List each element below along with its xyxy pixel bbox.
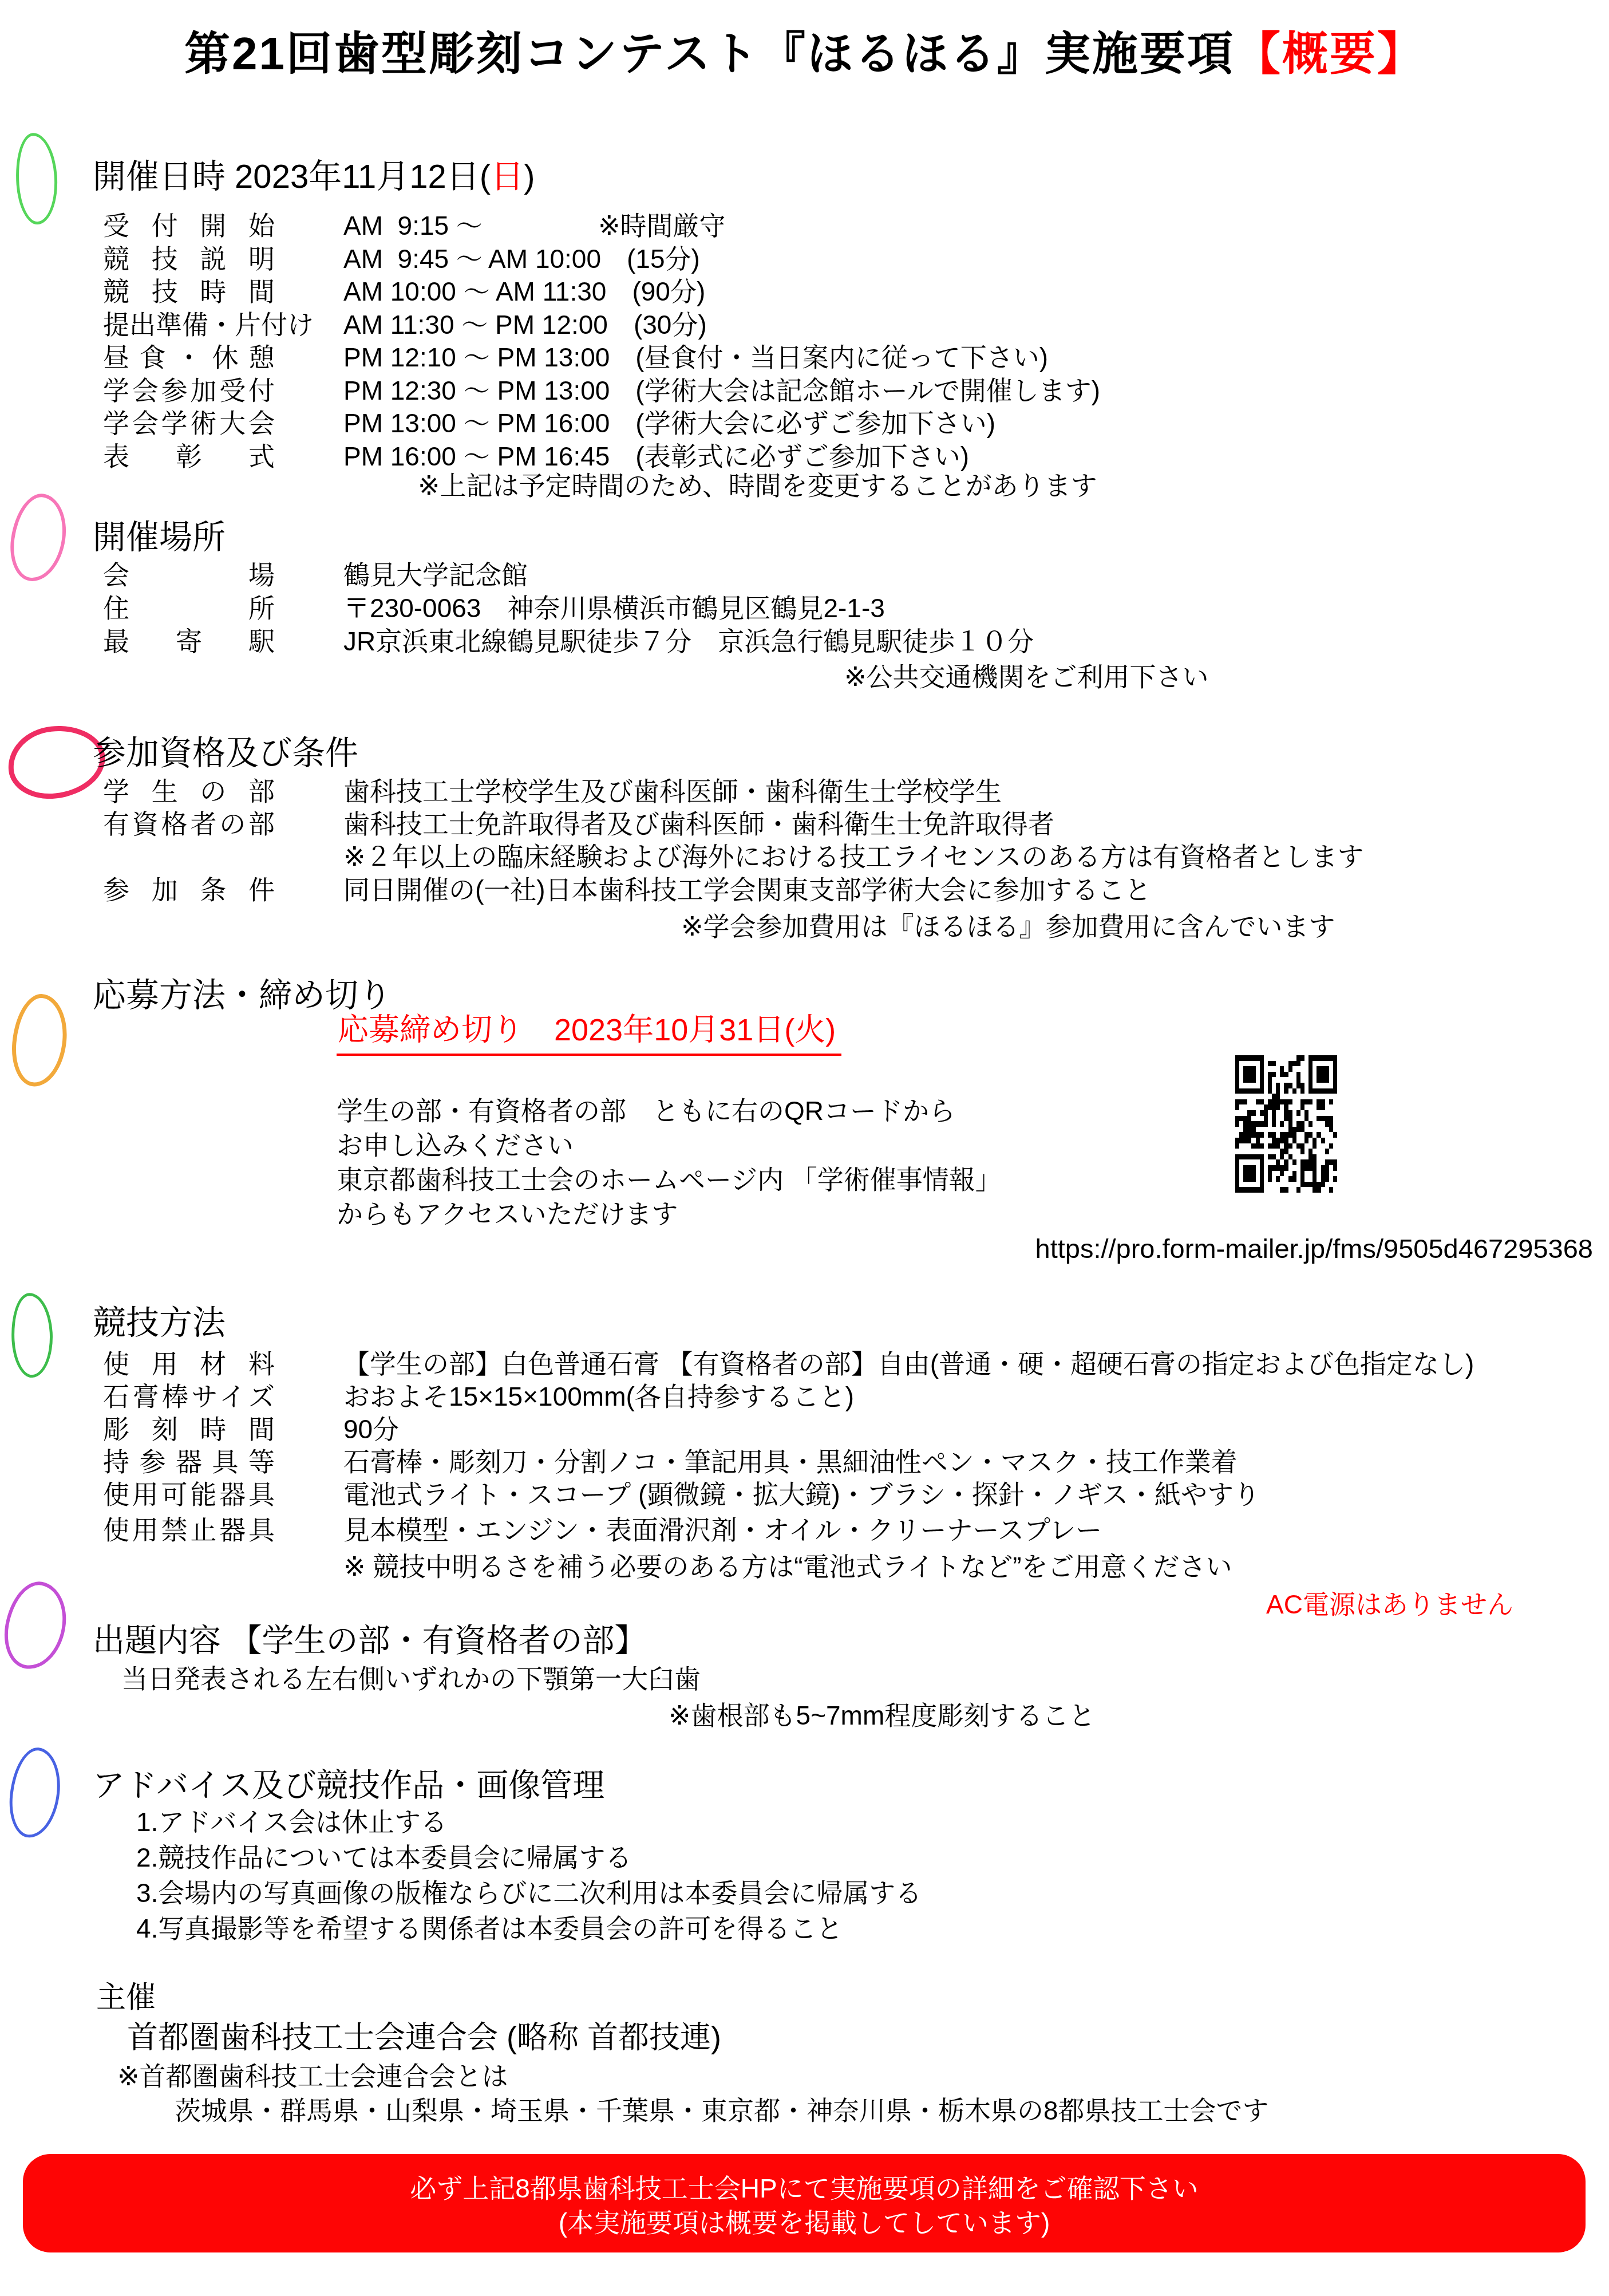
method-value: 【学生の部】白色普通石膏 【有資格者の部】自由(普通・硬・超硬石膏の指定および色… (343, 1349, 1474, 1379)
schedule-label: 提出準備・片付け (103, 310, 275, 340)
method-footnote: ※ 競技中明るさを補う必要のある方は“電池式ライトなど”をご用意ください (343, 1552, 1232, 1582)
footer-line1: 必ず上記8都県歯科技工士会HPにて実施要項の詳細をご確認下さい (23, 2171, 1586, 2206)
application-deadline: 応募締め切り 2023年10月31日(火) (337, 1012, 841, 1056)
eligibility-value: 同日開催の(一社)日本歯科技工学会関東支部学術大会に参加すること (343, 875, 1151, 905)
eligibility-label: 参加条件 (103, 875, 275, 905)
method-row: 彫刻時間90分 (103, 1414, 399, 1445)
datetime-heading-text: 開催日時 2023年11月12日( (93, 158, 491, 195)
method-value: おおよそ15×15×100mm(各自持参すること) (343, 1382, 854, 1412)
schedule-note: (30分) (634, 310, 707, 340)
schedule-label: 競技時間 (103, 277, 275, 307)
eligibility-label: 有資格者の部 (103, 809, 275, 839)
section-heading-datetime: 開催日時 2023年11月12日(日) (93, 158, 535, 196)
hand-drawn-circle-datetime (13, 132, 61, 226)
advice-item: 2.競技作品については本委員会に帰属する (136, 1843, 631, 1873)
schedule-row: 表彰式PM 16:00 ～ PM 16:45(表彰式に必ずご参加下さい) (103, 441, 969, 472)
venue-value: 〒230-0063 神奈川県横浜市鶴見区鶴見2-1-3 (343, 593, 885, 624)
schedule-note: (15分) (627, 244, 700, 274)
venue-row: 会場鶴見大学記念館 (103, 560, 528, 590)
method-row: 使用可能器具電池式ライト・スコープ (顕微鏡・拡大鏡)・ブラシ・探針・ノギス・紙… (103, 1480, 1260, 1510)
venue-label: 住所 (103, 593, 275, 624)
schedule-note: (学術大会は記念館ホールで開催します) (635, 376, 1100, 405)
section-heading-application: 応募方法・締め切り (93, 977, 392, 1015)
schedule-label: 表彰式 (103, 441, 275, 472)
application-instruction: 東京都歯科技工士会のホームページ内 「学術催事情報」 (337, 1165, 1002, 1195)
qr-code (1235, 1055, 1337, 1193)
venue-value: 鶴見大学記念館 (343, 560, 528, 590)
schedule-time: AM 9:15 ～ (343, 211, 572, 241)
schedule-time: AM 11:30 ～ PM 12:00 (343, 310, 608, 340)
schedule-label: 学会学術大会 (103, 408, 275, 439)
advice-item: 1.アドバイス会は休止する (136, 1807, 447, 1837)
hand-drawn-circle-application (9, 992, 70, 1089)
application-instruction: からもアクセスいただけます (337, 1199, 678, 1229)
schedule-footnote: ※上記は予定時間のため、時間を変更することがあります (418, 471, 1097, 501)
application-instruction: お申し込みください (337, 1130, 574, 1161)
schedule-note: ※時間厳守 (598, 211, 726, 240)
schedule-time: PM 13:00 ～ PM 16:00 (343, 408, 610, 439)
method-label: 持参器具等 (103, 1447, 275, 1477)
footer-banner: 必ず上記8都県歯科技工士会HPにて実施要項の詳細をご確認下さい (本実施要項は概… (23, 2154, 1586, 2252)
advice-item: 4.写真撮影等を希望する関係者は本委員会の許可を得ること (136, 1914, 843, 1944)
eligibility-note-license: ※２年以上の臨床経験および海外における技工ライセンスのある方は有資格者とします (343, 842, 1363, 872)
advice-item: 3.会場内の写真画像の版権ならびに二次利用は本委員会に帰属する (136, 1878, 922, 1908)
schedule-label: 昼食・休憩 (103, 342, 275, 373)
venue-row: 住所〒230-0063 神奈川県横浜市鶴見区鶴見2-1-3 (103, 593, 885, 624)
datetime-heading-close: ) (524, 158, 535, 195)
schedule-row: 学会参加受付PM 12:30 ～ PM 13:00(学術大会は記念館ホールで開催… (103, 376, 1100, 406)
organizer-note: ※首都圏歯科技工士会連合会とは (117, 2061, 508, 2092)
eligibility-value: 歯科技工士免許取得者及び歯科医師・歯科衛生士免許取得者 (343, 809, 1054, 839)
method-row: 使用材料【学生の部】白色普通石膏 【有資格者の部】自由(普通・硬・超硬石膏の指定… (103, 1349, 1474, 1379)
organizer-name: 首都圏歯科技工士会連合会 (略称 首都技連) (127, 2020, 721, 2056)
section-heading-advice: アドバイス及び競技作品・画像管理 (93, 1767, 604, 1804)
application-url: https://pro.form-mailer.jp/fms/9505d4672… (1035, 1233, 1594, 1264)
task-footnote: ※歯根部も5~7mm程度彫刻すること (669, 1701, 1095, 1731)
venue-footnote: ※公共交通機関をご利用下さい (844, 662, 1209, 692)
schedule-time: AM 10:00 ～ AM 11:30 (343, 277, 606, 307)
method-row: 石膏棒サイズおおよそ15×15×100mm(各自持参すること) (103, 1382, 854, 1412)
schedule-label: 受付開始 (103, 211, 275, 241)
section-heading-eligibility: 参加資格及び条件 (93, 735, 358, 773)
schedule-time: PM 12:30 ～ PM 13:00 (343, 376, 610, 406)
schedule-note: (学術大会に必ずご参加下さい) (635, 408, 995, 438)
title-main: 第21回歯型彫刻コンテスト『ほるほる』実施要項 (184, 28, 1235, 79)
method-label: 石膏棒サイズ (103, 1382, 275, 1412)
venue-label: 会場 (103, 560, 275, 590)
section-heading-venue: 開催場所 (93, 519, 226, 557)
organizer-heading: 主催 (96, 1981, 156, 2015)
method-label: 使用可能器具 (103, 1480, 275, 1510)
schedule-time: AM 9:45 ～ AM 10:00 (343, 244, 601, 274)
flyer-page: 第21回歯型彫刻コンテスト『ほるほる』実施要項【概要】 開催日時 2023年11… (0, 0, 1609, 2296)
schedule-row: 昼食・休憩PM 12:10 ～ PM 13:00(昼食付・当日案内に従って下さい… (103, 342, 1048, 373)
schedule-row: 競技説明AM 9:45 ～ AM 10:00(15分) (103, 244, 700, 274)
method-value: 90分 (343, 1414, 399, 1445)
schedule-row: 学会学術大会PM 13:00 ～ PM 16:00(学術大会に必ずご参加下さい) (103, 408, 995, 439)
schedule-note: (昼食付・当日案内に従って下さい) (635, 342, 1048, 372)
section-heading-method: 競技方法 (93, 1304, 226, 1343)
hand-drawn-circle-advice (6, 1745, 64, 1840)
eligibility-note-fee: ※学会参加費用は『ほるほる』参加費用に含んでいます (681, 912, 1335, 942)
hand-drawn-circle-method (9, 1292, 55, 1379)
schedule-note: (90分) (632, 277, 705, 306)
organizer-detail: 茨城県・群馬県・山梨県・埼玉県・千葉県・東京都・神奈川県・栃木県の8都県技工士会… (175, 2096, 1269, 2126)
method-label: 使用材料 (103, 1349, 275, 1379)
schedule-note: (表彰式に必ずご参加下さい) (635, 441, 969, 471)
page-title: 第21回歯型彫刻コンテスト『ほるほる』実施要項【概要】 (0, 27, 1609, 80)
eligibility-label: 学生の部 (103, 776, 275, 807)
application-instruction: 学生の部・有資格者の部 ともに右のQRコードから (337, 1096, 955, 1126)
title-highlight: 【概要】 (1235, 28, 1425, 79)
eligibility-value: 歯科技工士学校学生及び歯科医師・歯科衛生士学校学生 (343, 776, 1002, 807)
venue-label: 最寄駅 (103, 626, 275, 657)
eligibility-condition-row: 参加条件同日開催の(一社)日本歯科技工学会関東支部学術大会に参加すること (103, 875, 1151, 905)
method-label: 彫刻時間 (103, 1414, 275, 1445)
schedule-row: 競技時間AM 10:00 ～ AM 11:30(90分) (103, 277, 705, 307)
method-value: 見本模型・エンジン・表面滑沢剤・オイル・クリーナースプレー (343, 1515, 1102, 1545)
venue-row: 最寄駅JR京浜東北線鶴見駅徒歩７分 京浜急行鶴見駅徒歩１０分 (103, 626, 1034, 657)
method-label: 使用禁止器具 (103, 1515, 275, 1545)
datetime-heading-day: 日 (491, 158, 524, 195)
method-row: 使用禁止器具見本模型・エンジン・表面滑沢剤・オイル・クリーナースプレー (103, 1515, 1102, 1545)
schedule-label: 競技説明 (103, 244, 275, 274)
schedule-time: PM 12:10 ～ PM 13:00 (343, 342, 610, 373)
eligibility-row: 学生の部歯科技工士学校学生及び歯科医師・歯科衛生士学校学生 (103, 776, 1002, 807)
schedule-time: PM 16:00 ～ PM 16:45 (343, 441, 610, 472)
ac-power-note: AC電源はありません (1266, 1589, 1513, 1620)
schedule-row: 受付開始AM 9:15 ～※時間厳守 (103, 211, 726, 241)
method-value: 石膏棒・彫刻刀・分割ノコ・筆記用具・黒細油性ペン・マスク・技工作業着 (343, 1447, 1238, 1477)
schedule-row: 提出準備・片付けAM 11:30 ～ PM 12:00(30分) (103, 310, 707, 340)
method-value: 電池式ライト・スコープ (顕微鏡・拡大鏡)・ブラシ・探針・ノギス・紙やすり (343, 1480, 1260, 1510)
hand-drawn-circle-task (0, 1577, 73, 1674)
footer-line2: (本実施要項は概要を掲載してしています) (23, 2206, 1586, 2240)
method-row: 持参器具等石膏棒・彫刻刀・分割ノコ・筆記用具・黒細油性ペン・マスク・技工作業着 (103, 1447, 1238, 1477)
hand-drawn-circle-venue (6, 490, 72, 585)
eligibility-row: 有資格者の部歯科技工士免許取得者及び歯科医師・歯科衛生士免許取得者 (103, 809, 1054, 839)
section-heading-task: 出題内容 【学生の部・有資格者の部】 (93, 1622, 647, 1659)
task-body: 当日発表される左右側いずれかの下顎第一大臼歯 (121, 1664, 701, 1694)
venue-value: JR京浜東北線鶴見駅徒歩７分 京浜急行鶴見駅徒歩１０分 (343, 626, 1034, 657)
schedule-label: 学会参加受付 (103, 376, 275, 406)
